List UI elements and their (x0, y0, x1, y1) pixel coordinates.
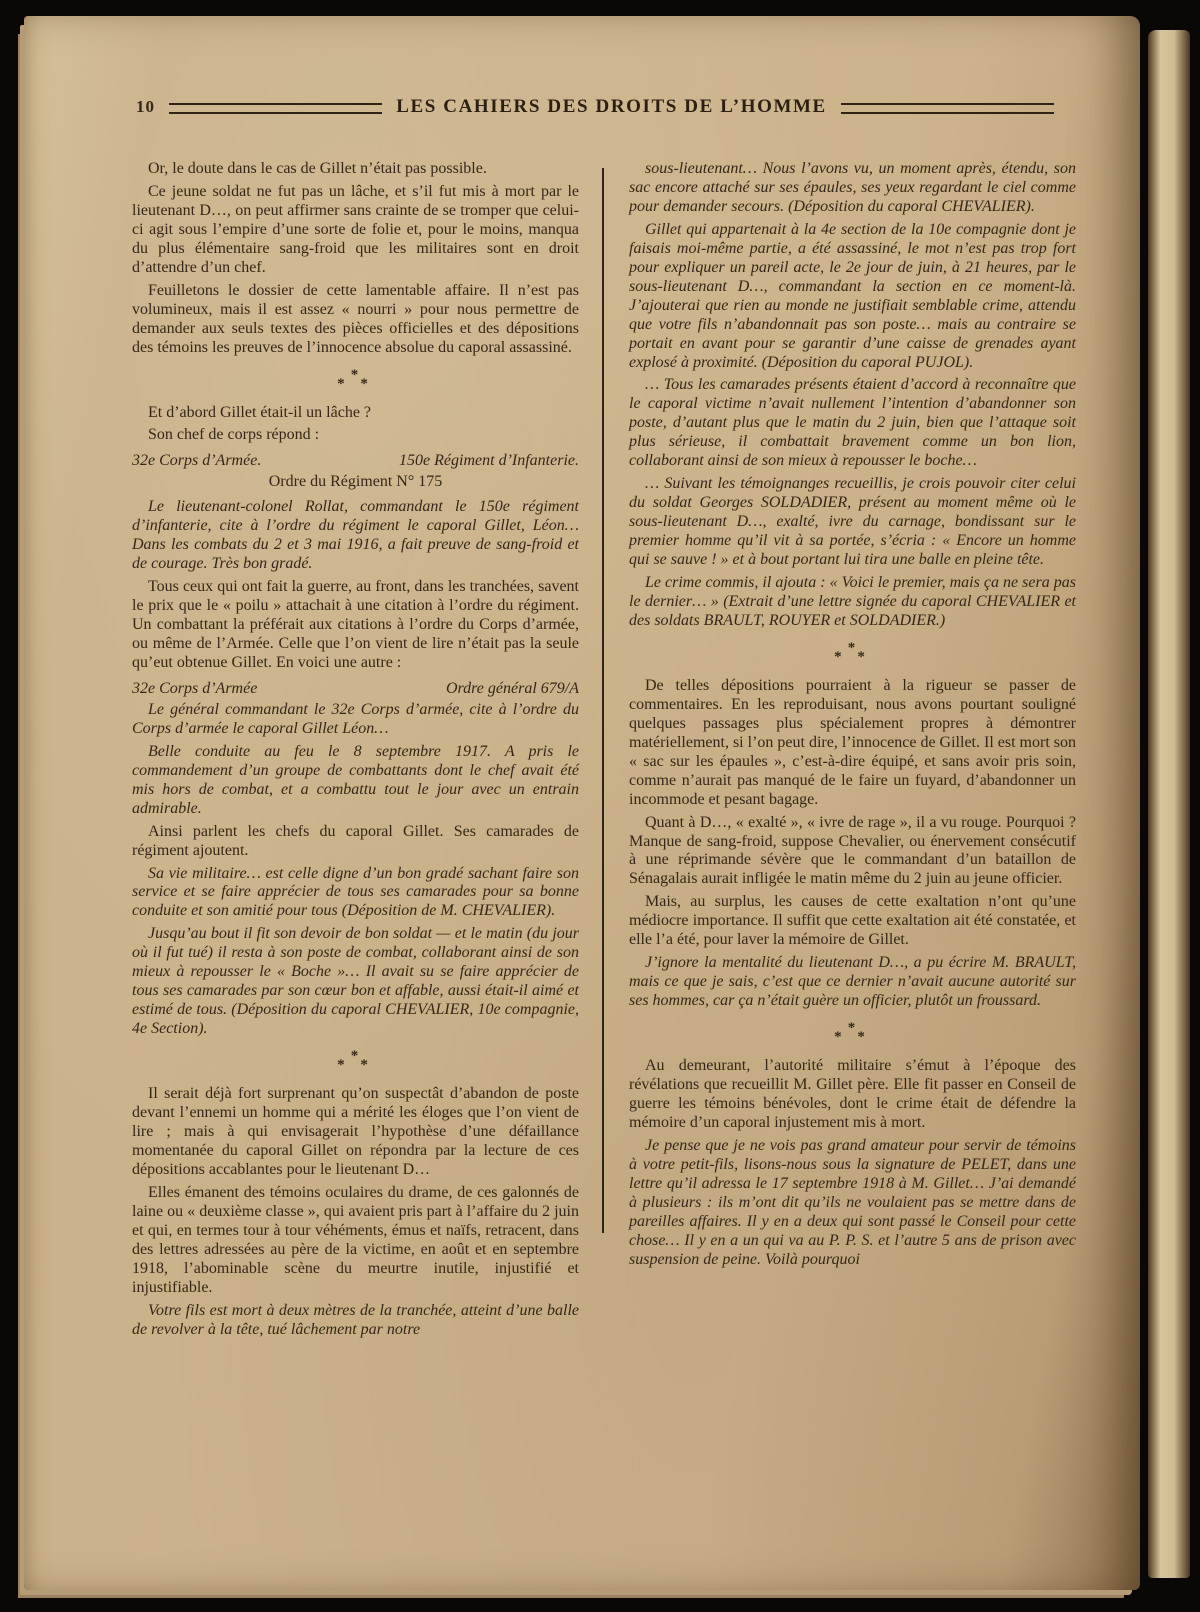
para-right-4: Le crime commis, il ajouta : « Voici le … (629, 574, 1076, 631)
para-left-17: Il serait déjà fort surprenant qu’on sus… (132, 1085, 579, 1180)
para-right-12: Je pense que je ne vois pas grand amateu… (629, 1137, 1076, 1270)
para-right-8: Mais, au surplus, les causes de cette ex… (629, 893, 1076, 950)
right-column: sous-lieutenant… Nous l’avons vu, un mom… (629, 160, 1076, 1343)
para-left-2: Feuilletons le dossier de cette lamentab… (132, 282, 579, 358)
asterism-bottom: * * (132, 380, 579, 389)
left-column: Or, le doute dans le cas de Gillet n’éta… (132, 160, 579, 1343)
para-left-9: Tous ceux qui ont fait la guerre, au fro… (132, 578, 579, 673)
para-left-11: Le général commandant le 32e Corps d’arm… (132, 701, 579, 739)
scanned-journal-page: 10 LES CAHIERS DES DROITS DE L’HOMME Or,… (24, 16, 1140, 1590)
para-left-14: Sa vie militaire… est celle digne d’un b… (132, 865, 579, 922)
asterism-bottom: * * (132, 1061, 579, 1070)
column-divider-rule (602, 168, 604, 1233)
two-column-text: Or, le doute dans le cas de Gillet n’éta… (132, 160, 1140, 1343)
citation-subheading: Ordre du Régiment N° 175 (132, 473, 579, 492)
page-header: 10 LES CAHIERS DES DROITS DE L’HOMME (24, 16, 1140, 118)
para-right-2: … Tous les camarades présents étaient d’… (629, 376, 1076, 471)
asterism-bottom: * * (629, 653, 1076, 662)
para-left-0: Or, le doute dans le cas de Gillet n’éta… (132, 160, 579, 179)
para-left-18: Elles émanent des témoins oculaires du d… (132, 1184, 579, 1298)
citation-heading-2: 32e Corps d’Armée Ordre général 679/A (132, 680, 579, 699)
para-left-19: Votre fils est mort à deux mètres de la … (132, 1302, 579, 1340)
para-right-1: Gillet qui appartenait à la 4e section d… (629, 221, 1076, 373)
adjacent-page-edge (1148, 30, 1190, 1578)
header-rule-right (841, 103, 1054, 114)
para-left-4: Et d’abord Gillet était-il un lâche ? (132, 404, 579, 423)
para-left-5: Son chef de corps répond : (132, 426, 579, 445)
para-right-0: sous-lieutenant… Nous l’avons vu, un mom… (629, 160, 1076, 217)
page-number: 10 (136, 97, 155, 117)
para-right-6: De telles dépositions pourraient à la ri… (629, 677, 1076, 810)
asterism-separator: * * * (132, 1052, 579, 1070)
asterism-separator: * * * (629, 644, 1076, 662)
citation-heading-2-left: 32e Corps d’Armée (132, 680, 257, 699)
citation-heading-1-left: 32e Corps d’Armée. (132, 452, 261, 471)
para-left-12: Belle conduite au feu le 8 septembre 191… (132, 743, 579, 819)
citation-heading-2-right: Ordre général 679/A (446, 680, 579, 699)
header-rule-left (169, 103, 382, 114)
para-right-3: … Suivant les témoignanges recueillis, j… (629, 475, 1076, 570)
para-left-13: Ainsi parlent les chefs du caporal Gille… (132, 823, 579, 861)
para-right-9: J’ignore la mentalité du lieutenant D…, … (629, 954, 1076, 1011)
asterism-separator: * * * (132, 371, 579, 389)
citation-heading-1: 32e Corps d’Armée. 150e Régiment d’Infan… (132, 452, 579, 471)
para-right-7: Quant à D…, « exalté », « ivre de rage »… (629, 814, 1076, 890)
para-left-8: Le lieutenant-colonel Rollat, commandant… (132, 498, 579, 574)
para-left-1: Ce jeune soldat ne fut pas un lâche, et … (132, 183, 579, 278)
para-right-11: Au demeurant, l’autorité militaire s’ému… (629, 1057, 1076, 1133)
asterism-bottom: * * (629, 1033, 1076, 1042)
para-left-15: Jusqu’au bout il fit son devoir de bon s… (132, 925, 579, 1039)
journal-masthead-title: LES CAHIERS DES DROITS DE L’HOMME (396, 96, 827, 118)
citation-heading-1-right: 150e Régiment d’Infanterie. (399, 452, 579, 471)
asterism-separator: * * * (629, 1024, 1076, 1042)
